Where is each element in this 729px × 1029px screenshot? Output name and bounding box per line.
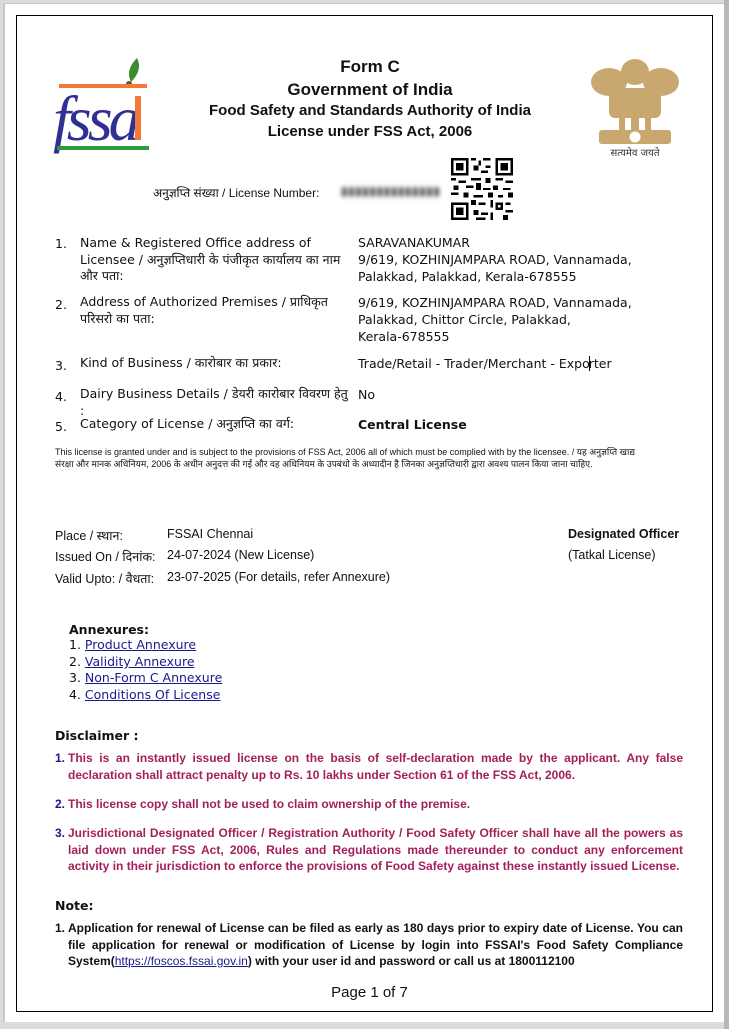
premises-address-line-2: Palakkad, Chittor Circle, Palakkad, (358, 311, 658, 328)
svg-text:fssa: fssa (53, 83, 139, 154)
designated-officer: Designated Officer (568, 527, 679, 541)
svg-text:सत्यमेव जयते: सत्यमेव जयते (610, 147, 659, 159)
detail-4-num: 4. (55, 389, 67, 404)
note-title: Note: (55, 898, 94, 913)
conditions-of-license-link[interactable]: Conditions Of License (85, 687, 220, 702)
disclaimer-title: Disclaimer : (55, 728, 139, 743)
issued-label: Issued On / दिनांक: (55, 548, 156, 565)
detail-3-num: 3. (55, 358, 67, 373)
note-item-1: 1.Application for renewal of License can… (55, 920, 683, 970)
detail-4-label: Dairy Business Details / डेयरी कारोबार व… (80, 386, 350, 419)
tatkal-license: (Tatkal License) (568, 548, 656, 562)
document-page: fssa सत्यमेव जयते Form C Government of I… (3, 3, 725, 1022)
kind-of-business-part-2: rter (589, 356, 612, 371)
grant-statement: This license is granted under and is sub… (55, 446, 635, 470)
detail-2-label: Address of Authorized Premises / प्राधिक… (80, 294, 350, 327)
disclaimer-item-3: 3.Jurisdictional Designated Officer / Re… (55, 825, 683, 875)
licensee-name: SARAVANAKUMAR (358, 234, 658, 251)
licensee-address-line-1: 9/619, KOZHINJAMPARA ROAD, Vannamada, (358, 251, 658, 268)
act-title: License under FSS Act, 2006 (185, 123, 555, 140)
detail-5-value: Central License (358, 416, 658, 433)
annexure-item: 4. Conditions Of License (69, 687, 220, 702)
detail-1-num: 1. (55, 236, 67, 251)
product-annexure-link[interactable]: Product Annexure (85, 637, 196, 652)
validity-annexure-link[interactable]: Validity Annexure (85, 654, 195, 669)
fssai-logo-icon: fssa (51, 52, 155, 156)
non-form-c-annexure-link[interactable]: Non-Form C Annexure (85, 670, 222, 685)
national-emblem-icon: सत्यमेव जयते (579, 52, 691, 160)
place-label: Place / स्थान: (55, 527, 123, 544)
vertical-scrollbar[interactable] (724, 0, 729, 1029)
detail-3-label: Kind of Business / कारोबार का प्रकार: (80, 355, 350, 372)
detail-5-num: 5. (55, 419, 67, 434)
annexure-item: 1. Product Annexure (69, 637, 196, 652)
form-title: Form C (185, 57, 555, 77)
disclaimer-item-1: 1.This is an instantly issued license on… (55, 750, 683, 783)
disclaimer-item-2: 2.This license copy shall not be used to… (55, 796, 683, 813)
license-number-value: ▮▮▮▮▮▮▮▮▮▮▮▮▮▮ (341, 184, 440, 198)
detail-2-value: 9/619, KOZHINJAMPARA ROAD, Vannamada, Pa… (358, 294, 658, 345)
place-value: FSSAI Chennai (167, 527, 253, 541)
annexure-item: 3. Non-Form C Annexure (69, 670, 222, 685)
annexures-title: Annexures: (69, 622, 149, 637)
issued-value: 24-07-2024 (New License) (167, 548, 314, 562)
detail-5-label: Category of License / अनुज्ञप्ति का वर्ग… (80, 416, 350, 433)
detail-1-label: Name & Registered Office address of Lice… (80, 235, 350, 285)
valid-value: 23-07-2025 (For details, refer Annexure) (167, 570, 390, 584)
licensee-address-line-2: Palakkad, Palakkad, Kerala-678555 (358, 268, 658, 285)
annexure-item: 2. Validity Annexure (69, 654, 195, 669)
authority-title: Food Safety and Standards Authority of I… (185, 102, 555, 119)
kind-of-business-part-1: Trade/Retail - Trader/Merchant - Expo (358, 356, 590, 371)
page-number: Page 1 of 7 (5, 984, 729, 1001)
detail-2-num: 2. (55, 297, 67, 312)
premises-address-line-1: 9/619, KOZHINJAMPARA ROAD, Vannamada, (358, 294, 658, 311)
detail-1-value: SARAVANAKUMAR 9/619, KOZHINJAMPARA ROAD,… (358, 234, 658, 285)
detail-3-value: Trade/Retail - Trader/Merchant - Exporte… (358, 355, 658, 372)
foscos-link[interactable]: https://foscos.fssai.gov.in (115, 954, 248, 968)
license-number-label: अनुज्ञप्ति संख्या / License Number: (153, 184, 319, 201)
qr-code-icon (451, 158, 513, 220)
government-title: Government of India (185, 80, 555, 100)
detail-4-value: No (358, 386, 658, 403)
premises-address-line-3: Kerala-678555 (358, 328, 658, 345)
valid-label: Valid Upto: / वैधता: (55, 570, 154, 587)
